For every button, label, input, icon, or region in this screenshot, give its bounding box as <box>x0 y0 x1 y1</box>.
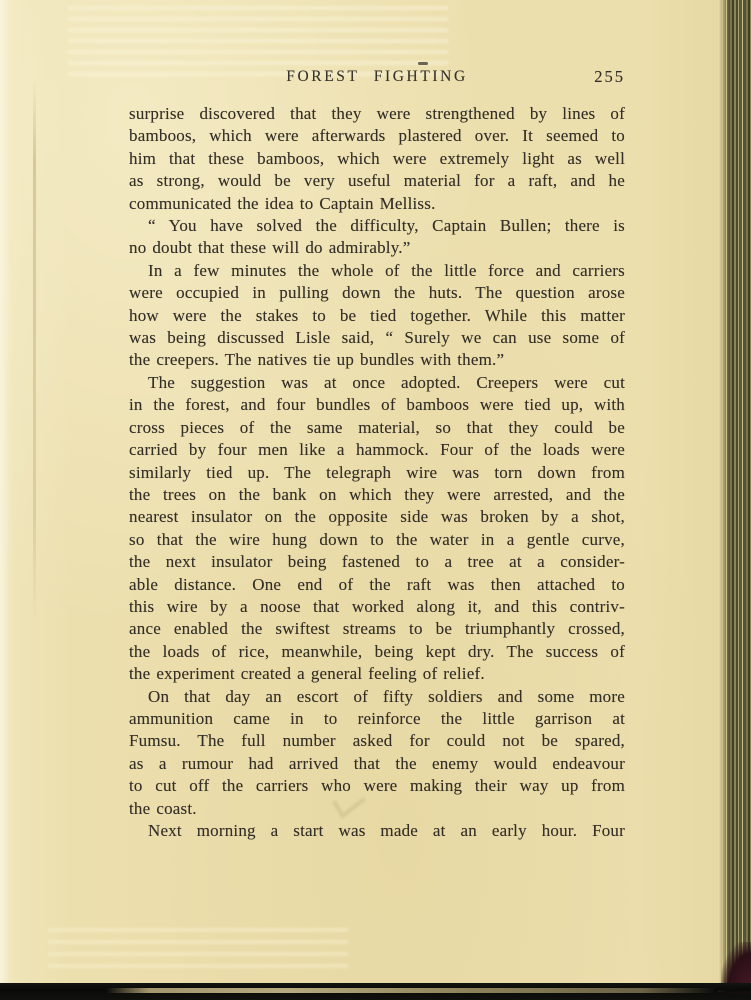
book-fore-edge-pages <box>718 0 751 992</box>
text-line: the trees on the bank on which they were… <box>129 484 625 506</box>
page-body: surprise discovered that they were stren… <box>129 103 625 842</box>
text-line: communicated the idea to Captain Melliss… <box>129 193 625 215</box>
text-line: cross pieces of the same material, so th… <box>129 417 625 439</box>
text-line: the experiment created a general feeling… <box>129 663 625 685</box>
table-shadow-band <box>0 983 751 1000</box>
text-line: to cut off the carriers who were making … <box>129 775 625 797</box>
text-line: him that these bamboos, which were extre… <box>129 148 625 170</box>
text-line: the next insulator being fastened to a t… <box>129 551 625 573</box>
text-line: were occupied in pulling down the huts. … <box>129 282 625 304</box>
page-number: 255 <box>129 67 625 87</box>
text-line: this wire by a noose that worked along i… <box>129 596 625 618</box>
text-line: carried by four men like a hammock. Four… <box>129 439 625 461</box>
page-crease <box>33 80 36 620</box>
text-line: In a few minutes the whole of the little… <box>129 260 625 282</box>
text-line: how were the stakes to be tied together.… <box>129 305 625 327</box>
text-line: as strong, would be very useful material… <box>129 170 625 192</box>
stray-print-mark <box>418 62 428 65</box>
text-line: no doubt that these will do admirably.” <box>129 237 625 259</box>
text-line: On that day an escort of fifty soldiers … <box>129 686 625 708</box>
text-line: able distance. One end of the raft was t… <box>129 574 625 596</box>
text-line: The suggestion was at once adopted. Cree… <box>129 372 625 394</box>
text-line: Fumsu. The full number asked for could n… <box>129 730 625 752</box>
text-line: was being discussed Lisle said, “ Surely… <box>129 327 625 349</box>
text-line: the creepers. The natives tie up bundles… <box>129 349 625 371</box>
book-page: FOREST FIGHTING 255 surprise discovered … <box>0 0 728 986</box>
text-line: the loads of rice, meanwhile, being kept… <box>129 641 625 663</box>
text-line: Next morning a start was made at an earl… <box>129 820 625 842</box>
page-left-edge-highlight <box>0 0 9 986</box>
text-line: in the forest, and four bundles of bambo… <box>129 394 625 416</box>
text-line: so that the wire hung down to the water … <box>129 529 625 551</box>
text-line: as a rumour had arrived that the enemy w… <box>129 753 625 775</box>
text-line: ance enabled the swiftest streams to be … <box>129 618 625 640</box>
text-line: bamboos, which were afterwards plastered… <box>129 125 625 147</box>
text-line: ammunition came in to reinforce the litt… <box>129 708 625 730</box>
text-line: nearest insulator on the opposite side w… <box>129 506 625 528</box>
text-line: surprise discovered that they were stren… <box>129 103 625 125</box>
text-line: “ You have solved the difficulty, Captai… <box>129 215 625 237</box>
scan-streaks-bottom <box>48 928 348 972</box>
book-bottom-edge <box>106 988 716 993</box>
text-line: the coast. <box>129 798 625 820</box>
book-scan-photo: FOREST FIGHTING 255 surprise discovered … <box>0 0 751 1000</box>
text-line: similarly tied up. The telegraph wire wa… <box>129 462 625 484</box>
